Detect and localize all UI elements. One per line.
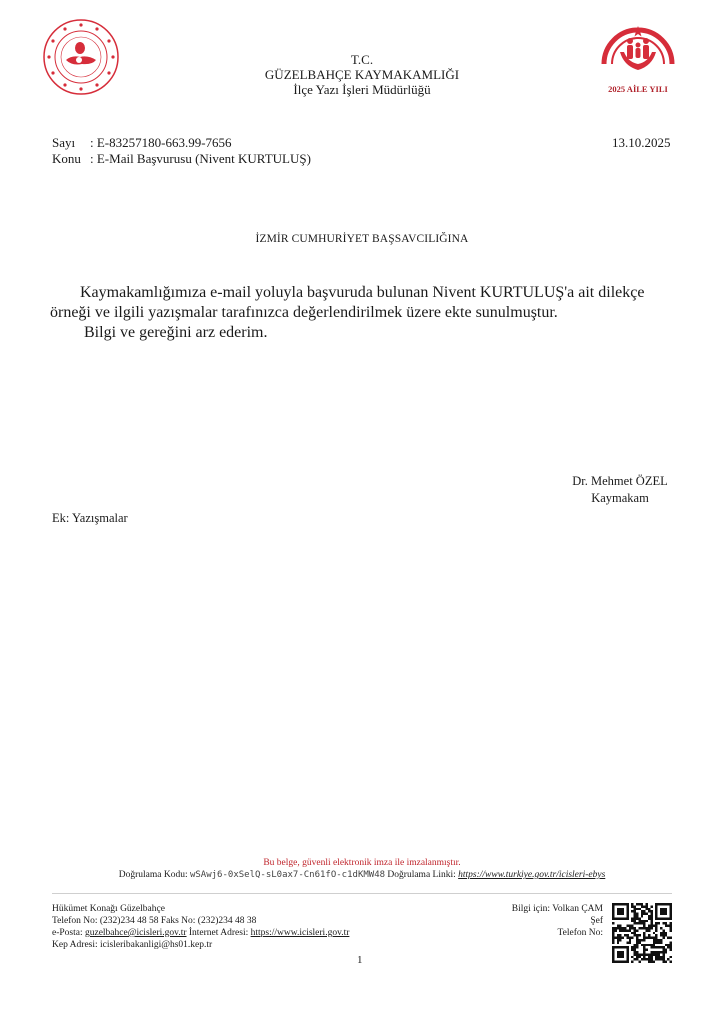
body-paragraph-2: Bilgi ve gereğini arz ederim. bbox=[50, 323, 680, 343]
page-number: 1 bbox=[357, 954, 363, 966]
letter-body: Kaymakamlığımıza e-mail yoluyla başvurud… bbox=[50, 283, 680, 343]
family-year-caption: 2025 AİLE YILI bbox=[596, 84, 680, 94]
footer-email-web: e-Posta: guzelbahce@icisleri.gov.tr İnte… bbox=[52, 927, 349, 939]
verification-row: Doğrulama Kodu: wSAwj6-0xSelQ-sL0ax7-Cn6… bbox=[0, 870, 724, 880]
konu-value: : E-Mail Başvurusu (Nivent KURTULUŞ) bbox=[90, 151, 311, 166]
konu-label: Konu bbox=[52, 151, 90, 167]
email-link[interactable]: guzelbahce@icisleri.gov.tr bbox=[85, 928, 187, 938]
footer-address: Hükümet Konağı Güzelbahçe bbox=[52, 903, 349, 915]
qr-code-icon bbox=[612, 903, 672, 963]
meta-number-row: Sayı: E-83257180-663.99-7656 bbox=[52, 135, 232, 151]
secure-signature-note: Bu belge, güvenli elektronik imza ile im… bbox=[0, 858, 724, 868]
sayi-value: : E-83257180-663.99-7656 bbox=[90, 135, 232, 150]
verification-code-label: Doğrulama Kodu: bbox=[119, 870, 188, 880]
verification-link-label: Doğrulama Linki: bbox=[387, 870, 455, 880]
footer-phone: Telefon No: (232)234 48 58 Faks No: (232… bbox=[52, 915, 349, 927]
verification-link[interactable]: https://www.turkiye.gov.tr/icisleri-ebys bbox=[458, 870, 605, 880]
document-date: 13.10.2025 bbox=[612, 135, 671, 151]
footer-divider bbox=[52, 893, 672, 894]
footer-kep: Kep Adresi: icisleribakanligi@hs01.kep.t… bbox=[52, 939, 349, 951]
web-label: İnternet Adresi: bbox=[189, 928, 248, 938]
signer-name: Dr. Mehmet ÖZEL bbox=[540, 473, 700, 490]
info-contact: Bilgi için: Volkan ÇAM bbox=[480, 903, 603, 915]
qr-code bbox=[612, 903, 672, 963]
info-phone: Telefon No: bbox=[480, 927, 603, 939]
footer-contact: Hükümet Konağı Güzelbahçe Telefon No: (2… bbox=[52, 903, 349, 951]
body-paragraph-1: Kaymakamlığımıza e-mail yoluyla başvurud… bbox=[50, 283, 680, 323]
footer-info: Bilgi için: Volkan ÇAM Şef Telefon No: bbox=[480, 903, 603, 939]
family-year-logo: 2025 AİLE YILI bbox=[596, 14, 680, 98]
addressee: İZMİR CUMHURİYET BAŞSAVCILIĞINA bbox=[0, 233, 724, 245]
website-link[interactable]: https://www.icisleri.gov.tr bbox=[251, 928, 350, 938]
info-title: Şef bbox=[480, 915, 603, 927]
meta-subject-row: Konu: E-Mail Başvurusu (Nivent KURTULUŞ) bbox=[52, 151, 311, 167]
sayi-label: Sayı bbox=[52, 135, 90, 151]
attachment-note: Ek: Yazışmalar bbox=[52, 511, 128, 526]
email-label: e-Posta: bbox=[52, 928, 83, 938]
signature-block: Dr. Mehmet ÖZEL Kaymakam bbox=[540, 473, 700, 507]
signer-title: Kaymakam bbox=[540, 490, 700, 507]
verification-code: wSAwj6-0xSelQ-sL0ax7-Cn61fO-c1dKMW48 bbox=[190, 870, 385, 880]
